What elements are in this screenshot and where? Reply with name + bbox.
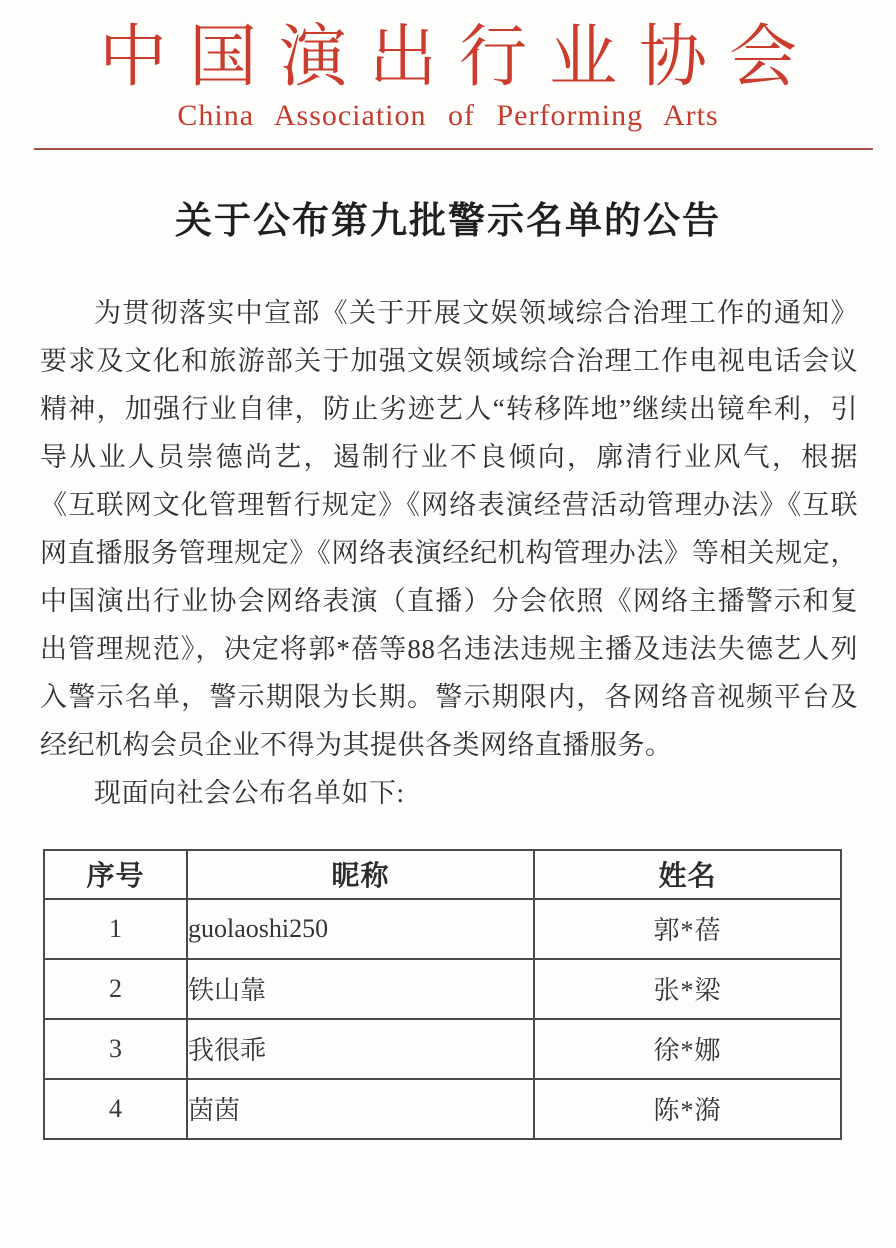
row-nickname: 铁山靠 (187, 959, 534, 1019)
table-row: 4 茵茵 陈*漪 (44, 1079, 841, 1139)
row-name: 陈*漪 (534, 1079, 841, 1139)
page-title: 关于公布第九批警示名单的公告 (0, 202, 896, 243)
row-index: 4 (44, 1079, 187, 1139)
org-name-chinese: 中国演出行业协会 (0, 20, 896, 95)
row-nickname: 茵茵 (187, 1079, 534, 1139)
column-header-nickname: 昵称 (187, 850, 534, 899)
row-name: 张*梁 (534, 959, 841, 1019)
table-row: 2 铁山靠 张*梁 (44, 959, 841, 1019)
column-header-index: 序号 (44, 850, 187, 899)
row-nickname: guolaoshi250 (187, 899, 534, 959)
body-paragraph-2: 现面向社会公布名单如下: (40, 769, 858, 817)
warning-list-table: 序号 昵称 姓名 1 guolaoshi250 郭*蓓 2 铁山靠 张*梁 3 … (43, 849, 842, 1140)
row-index: 1 (44, 899, 187, 959)
table-header-row: 序号 昵称 姓名 (44, 850, 841, 899)
letterhead: 中国演出行业协会 China Association of Performing… (0, 0, 896, 150)
row-index: 2 (44, 959, 187, 1019)
row-nickname: 我很乖 (187, 1019, 534, 1079)
row-index: 3 (44, 1019, 187, 1079)
table-row: 1 guolaoshi250 郭*蓓 (44, 899, 841, 959)
org-name-english: China Association of Performing Arts (0, 99, 896, 134)
row-name: 徐*娜 (534, 1019, 841, 1079)
announcement-document: 中国演出行业协会 China Association of Performing… (0, 0, 896, 1248)
announcement-body: 为贯彻落实中宣部《关于开展文娱领域综合治理工作的通知》要求及文化和旅游部关于加强… (40, 289, 858, 817)
row-name: 郭*蓓 (534, 899, 841, 959)
column-header-name: 姓名 (534, 850, 841, 899)
letterhead-divider (34, 148, 873, 150)
table-row: 3 我很乖 徐*娜 (44, 1019, 841, 1079)
body-paragraph-1: 为贯彻落实中宣部《关于开展文娱领域综合治理工作的通知》要求及文化和旅游部关于加强… (40, 289, 858, 769)
